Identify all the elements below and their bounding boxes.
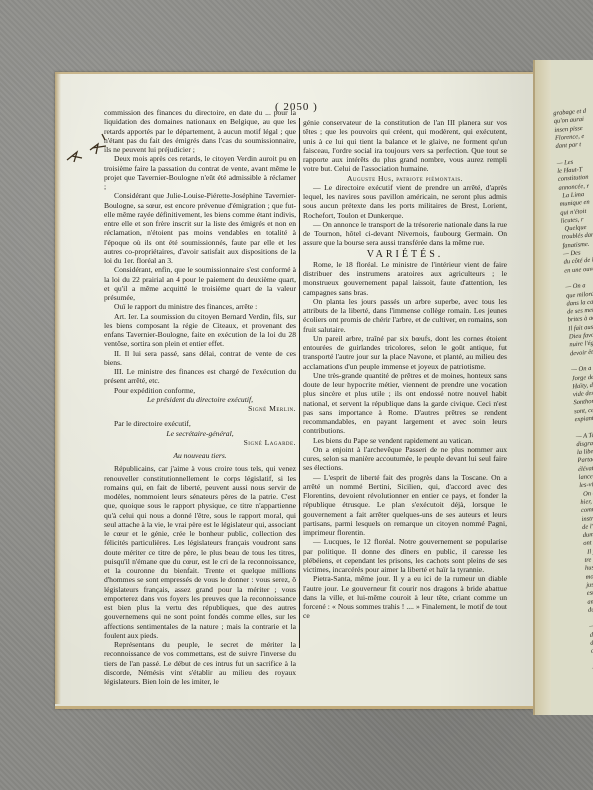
- varietes-item: — Lucques, le 12 floréal. Notre gouverne…: [303, 537, 507, 574]
- signature-title: Le secrétaire-général,: [104, 429, 296, 438]
- section-title: Au nouveau tiers.: [104, 451, 296, 460]
- varietes-item: Un pareil arbre, traîné par six bœufs, d…: [303, 334, 507, 371]
- section-heading: VARIÉTÉS.: [303, 250, 507, 259]
- paragraph: Deux mois après ces retards, le citoyen …: [104, 154, 296, 191]
- paragraph: Pour expédition conforme,: [104, 386, 296, 395]
- signature-name: Signé Lagarde.: [104, 438, 296, 447]
- paragraph: Art. Ier. La soumission du citoyen Berna…: [104, 312, 296, 349]
- varietes-item: On a enjoint à l'archevêque Passeri de n…: [303, 445, 507, 473]
- signature-title: Le président du directoire exécutif,: [104, 395, 296, 404]
- paragraph: III. Le ministre des finances est chargé…: [104, 367, 296, 386]
- paragraph: commission des finances du directoire, e…: [104, 108, 296, 154]
- paragraph: Considérant que Julie-Louise-Piérette-Jo…: [104, 191, 296, 265]
- facing-page-text: grabage et d qu'on aurai insen pisse Flo…: [553, 106, 593, 673]
- paragraph: Ouï le rapport du ministre des finances,…: [104, 302, 296, 311]
- facing-page: grabage et d qu'on aurai insen pisse Flo…: [533, 60, 593, 715]
- varietes-item: Les biens du Pape se vendent rapidement …: [303, 436, 507, 445]
- varietes-item: Une très-grande quantité de prêtres et d…: [303, 371, 507, 436]
- news-item: — On annonce le transport de la trésorer…: [303, 220, 507, 248]
- author-signature: Auguste Hus, patriote piémontais.: [303, 174, 507, 183]
- column-divider: [299, 118, 300, 648]
- page-spine: [535, 60, 551, 715]
- varietes-item: On planta les jours passés un arbre supe…: [303, 297, 507, 334]
- paragraph: génie conservateur de la constitution de…: [303, 118, 507, 174]
- varietes-item: — L'esprit de liberté fait des progrès d…: [303, 473, 507, 538]
- varietes-item: Pietra-Santa, même jour. Il y a eu ici d…: [303, 574, 507, 620]
- essay-paragraph: Représentans du peuple, le secret de mér…: [104, 640, 296, 686]
- right-column: génie conservateur de la constitution de…: [303, 118, 507, 621]
- page-edge: [55, 72, 61, 704]
- paragraph: II. Il lui sera passé, sans délai, contr…: [104, 349, 296, 368]
- news-item: — Le directoire exécutif vient de prendr…: [303, 183, 507, 220]
- varietes-item: Rome, le 18 floréal. Le ministre de l'in…: [303, 260, 507, 297]
- paragraph: Considérant, enfin, que le soumissionnai…: [104, 265, 296, 302]
- left-column: commission des finances du directoire, e…: [104, 108, 296, 686]
- essay-paragraph: Républicains, car j'aime à vous croire t…: [104, 464, 296, 640]
- by-directory-line: Par le directoire exécutif,: [104, 419, 296, 428]
- signature-name: Signé Merlin.: [104, 404, 296, 413]
